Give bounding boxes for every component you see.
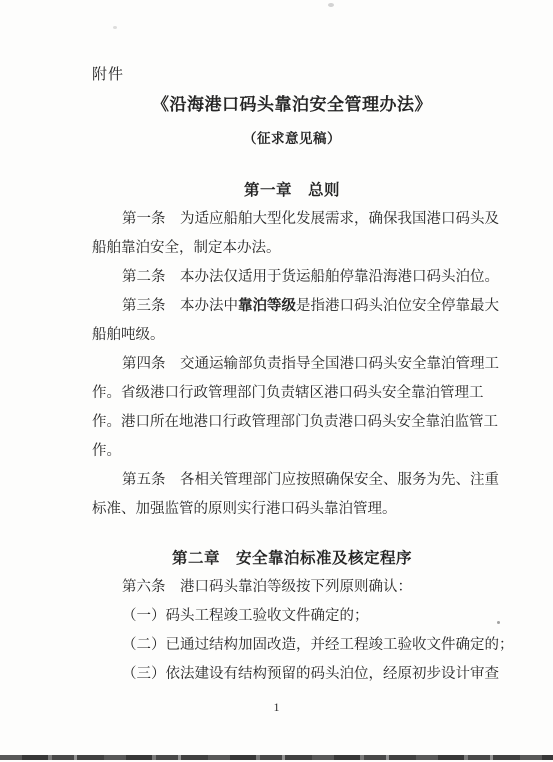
bold-term: 靠泊等级 bbox=[238, 298, 296, 314]
document-line: 标准、加强监管的原则实行港口码头靠泊管理。 bbox=[92, 495, 492, 524]
text-segment: 作。 bbox=[92, 443, 121, 459]
scan-noise-speck bbox=[497, 621, 500, 624]
document-line: （一）码头工程竣工验收文件确定的； bbox=[92, 602, 492, 631]
text-segment: 第一章 总则 bbox=[244, 182, 340, 199]
document-line: 第六条 港口码头靠泊等级按下列原则确认： bbox=[92, 573, 492, 602]
document-line: 第四条 交通运输部负责指导全国港口码头安全靠泊管理工 bbox=[92, 350, 492, 379]
document-line: 第五条 各相关管理部门应按照确保安全、服务为先、注重 bbox=[92, 466, 492, 495]
document-line: 作。 bbox=[92, 437, 492, 466]
document-subtitle: （征求意见稿） bbox=[92, 130, 492, 148]
document-line: 第一条 为适应船舶大型化发展需求，确保我国港口码头及 bbox=[92, 205, 492, 234]
text-segment: 第二条 本办法仅适用于货运船舶停靠沿海港口码头泊位。 bbox=[122, 269, 499, 285]
text-segment: 第五条 各相关管理部门应按照确保安全、服务为先、注重 bbox=[122, 472, 499, 488]
text-segment: 船舶吨级。 bbox=[92, 327, 165, 343]
text-segment: 第六条 港口码头靠泊等级按下列原则确认： bbox=[122, 579, 412, 595]
document-line: 作。省级港口行政管理部门负责辖区港口码头安全靠泊管理工 bbox=[92, 379, 492, 408]
text-segment: 作。省级港口行政管理部门负责辖区港口码头安全靠泊管理工 bbox=[92, 385, 484, 401]
document-line: （二）已通过结构加固改造，并经工程竣工验收文件确定的； bbox=[92, 631, 492, 660]
page-number: 1 bbox=[0, 699, 553, 715]
text-segment: 标准、加强监管的原则实行港口码头靠泊管理。 bbox=[92, 501, 397, 517]
document-line: 船舶吨级。 bbox=[92, 321, 492, 350]
text-segment: 作。港口所在地港口行政管理部门负责港口码头安全靠泊监管工 bbox=[92, 414, 498, 430]
attachment-label: 附件 bbox=[92, 66, 124, 84]
document-line: 船舶靠泊安全，制定本办法。 bbox=[92, 234, 492, 263]
chapter-heading: 第二章 安全靠泊标准及核定程序 bbox=[92, 544, 492, 573]
document-line: 第三条 本办法中靠泊等级是指港口码头泊位安全停靠最大 bbox=[92, 292, 492, 321]
scan-edge-artifact bbox=[0, 755, 553, 760]
text-segment: 第二章 安全靠泊标准及核定程序 bbox=[172, 550, 412, 567]
chapter-heading: 第一章 总则 bbox=[92, 176, 492, 205]
text-segment: （三）依法建设有结构预留的码头泊位，经原初步设计审查 bbox=[122, 666, 499, 682]
text-segment: 船舶靠泊安全，制定本办法。 bbox=[92, 240, 281, 256]
scan-noise-speck bbox=[113, 26, 117, 29]
scan-noise-speck bbox=[328, 3, 334, 7]
document-body: 第一章 总则第一条 为适应船舶大型化发展需求，确保我国港口码头及船舶靠泊安全，制… bbox=[92, 176, 492, 689]
text-segment: 第三条 本办法中 bbox=[122, 298, 238, 314]
document-line: 第二条 本办法仅适用于货运船舶停靠沿海港口码头泊位。 bbox=[92, 263, 492, 292]
text-segment: 第四条 交通运输部负责指导全国港口码头安全靠泊管理工 bbox=[122, 356, 499, 372]
document-line bbox=[92, 524, 492, 544]
text-segment: （二）已通过结构加固改造，并经工程竣工验收文件确定的； bbox=[122, 637, 514, 653]
text-segment: 第一条 为适应船舶大型化发展需求，确保我国港口码头及 bbox=[122, 211, 499, 227]
scanned-page: 附件 《沿海港口码头靠泊安全管理办法》 （征求意见稿） 第一章 总则第一条 为适… bbox=[0, 0, 553, 762]
text-segment: 是指港口码头泊位安全停靠最大 bbox=[296, 298, 499, 314]
text-segment: （一）码头工程竣工验收文件确定的； bbox=[122, 608, 369, 624]
document-title: 《沿海港口码头靠泊安全管理办法》 bbox=[92, 93, 492, 116]
document-line: 作。港口所在地港口行政管理部门负责港口码头安全靠泊监管工 bbox=[92, 408, 492, 437]
document-line: （三）依法建设有结构预留的码头泊位，经原初步设计审查 bbox=[92, 660, 492, 689]
